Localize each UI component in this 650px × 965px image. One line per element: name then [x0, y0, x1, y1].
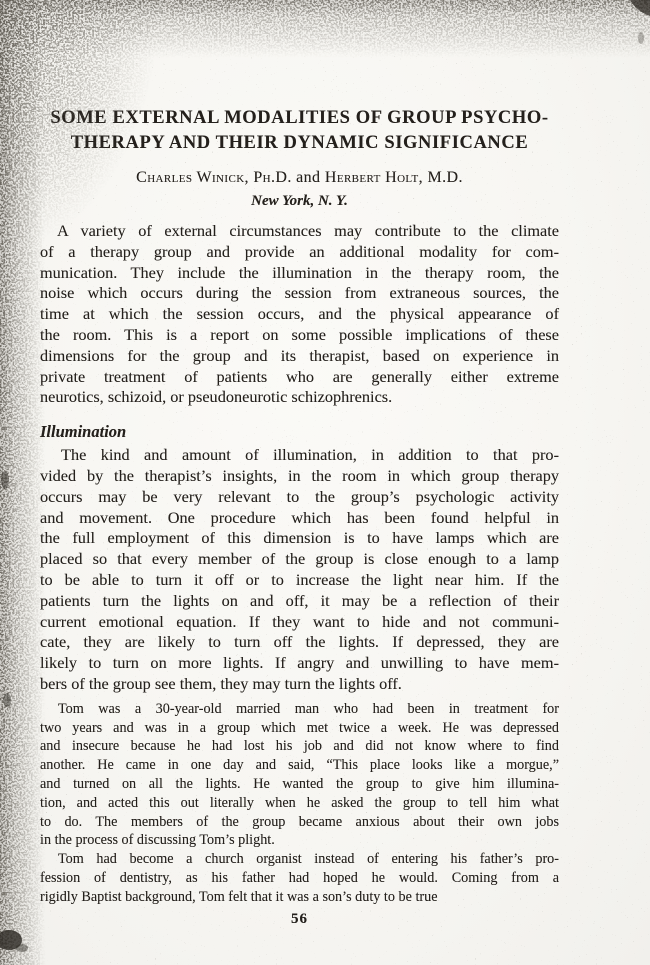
location-line: New York, N. Y.	[40, 191, 559, 211]
title-line-1: SOME EXTERNAL MODALITIES OF GROUP PSYCHO…	[50, 108, 548, 128]
text-line: and movement. One procedure which has be…	[40, 508, 559, 529]
text-line: rigidly Baptist background, Tom felt tha…	[40, 888, 559, 907]
text-line: neurotics, schizoid, or pseudoneurotic s…	[40, 387, 559, 408]
text-line: The kind and amount of illumination, in …	[40, 445, 559, 466]
text-line: occurs may be very relevant to the group…	[40, 487, 559, 508]
section-heading-illumination: Illumination	[40, 421, 559, 442]
text-line: Tom had become a church organist instead…	[40, 850, 559, 869]
text-line: the full employment of this dimension is…	[40, 528, 559, 549]
text-line: patients turn the lights on and off, it …	[40, 591, 559, 612]
text-line: cate, they are likely to turn off the li…	[40, 632, 559, 653]
author-1: Charles Winick, Ph.D.	[136, 169, 292, 186]
text-line: current emotional equation. If they want…	[40, 612, 559, 633]
intro-paragraph: A variety of external circumstances may …	[40, 221, 559, 408]
text-line: placed so that every member of the group…	[40, 549, 559, 570]
title-line-2: THERAPY AND THEIR DYNAMIC SIGNIFICANCE	[71, 133, 529, 153]
text-line: to do. The members of the group became a…	[40, 813, 559, 832]
authors-line: Charles Winick, Ph.D. and Herbert Holt, …	[40, 168, 559, 188]
text-line: tion, and acted this out literally when …	[40, 794, 559, 813]
case-paragraph-2: Tom had become a church organist instead…	[40, 850, 559, 906]
text-line: likely to turn on more lights. If angry …	[40, 653, 559, 674]
page-number: 56	[40, 910, 559, 929]
text-line: the room. This is a report on some possi…	[40, 325, 559, 346]
text-line: of a therapy group and provide an additi…	[40, 242, 559, 263]
text-line: munication. They include the illuminatio…	[40, 263, 559, 284]
illumination-paragraph: The kind and amount of illumination, in …	[40, 445, 559, 695]
text-line: vided by the therapist’s insights, in th…	[40, 466, 559, 487]
text-line: in the process of discussing Tom’s pligh…	[40, 831, 559, 850]
author-2: Herbert Holt, M.D.	[325, 169, 463, 186]
article-title: SOME EXTERNAL MODALITIES OF GROUP PSYCHO…	[40, 106, 559, 156]
text-line: fession of dentistry, as his father had …	[40, 869, 559, 888]
text-line: to be able to turn it off or to increase…	[40, 570, 559, 591]
text-line: another. He came in one day and said, “T…	[40, 756, 559, 775]
text-line: bers of the group see them, they may tur…	[40, 674, 559, 695]
text-line: and insecure because he had lost his job…	[40, 737, 559, 756]
text-line: and turned on all the lights. He wanted …	[40, 775, 559, 794]
case-paragraph-1: Tom was a 30-year-old married man who ha…	[40, 700, 559, 850]
journal-page: SOME EXTERNAL MODALITIES OF GROUP PSYCHO…	[0, 0, 650, 965]
authors-connector: and	[296, 169, 320, 186]
page-content: SOME EXTERNAL MODALITIES OF GROUP PSYCHO…	[40, 0, 559, 929]
text-line: noise which occurs during the session fr…	[40, 283, 559, 304]
text-line: A variety of external circumstances may …	[40, 221, 559, 242]
text-line: time at which the session occurs, and th…	[40, 304, 559, 325]
text-line: private treatment of patients who are ge…	[40, 367, 559, 388]
text-line: two years and was in a group which met t…	[40, 719, 559, 738]
text-line: Tom was a 30-year-old married man who ha…	[40, 700, 559, 719]
text-line: dimensions for the group and its therapi…	[40, 346, 559, 367]
